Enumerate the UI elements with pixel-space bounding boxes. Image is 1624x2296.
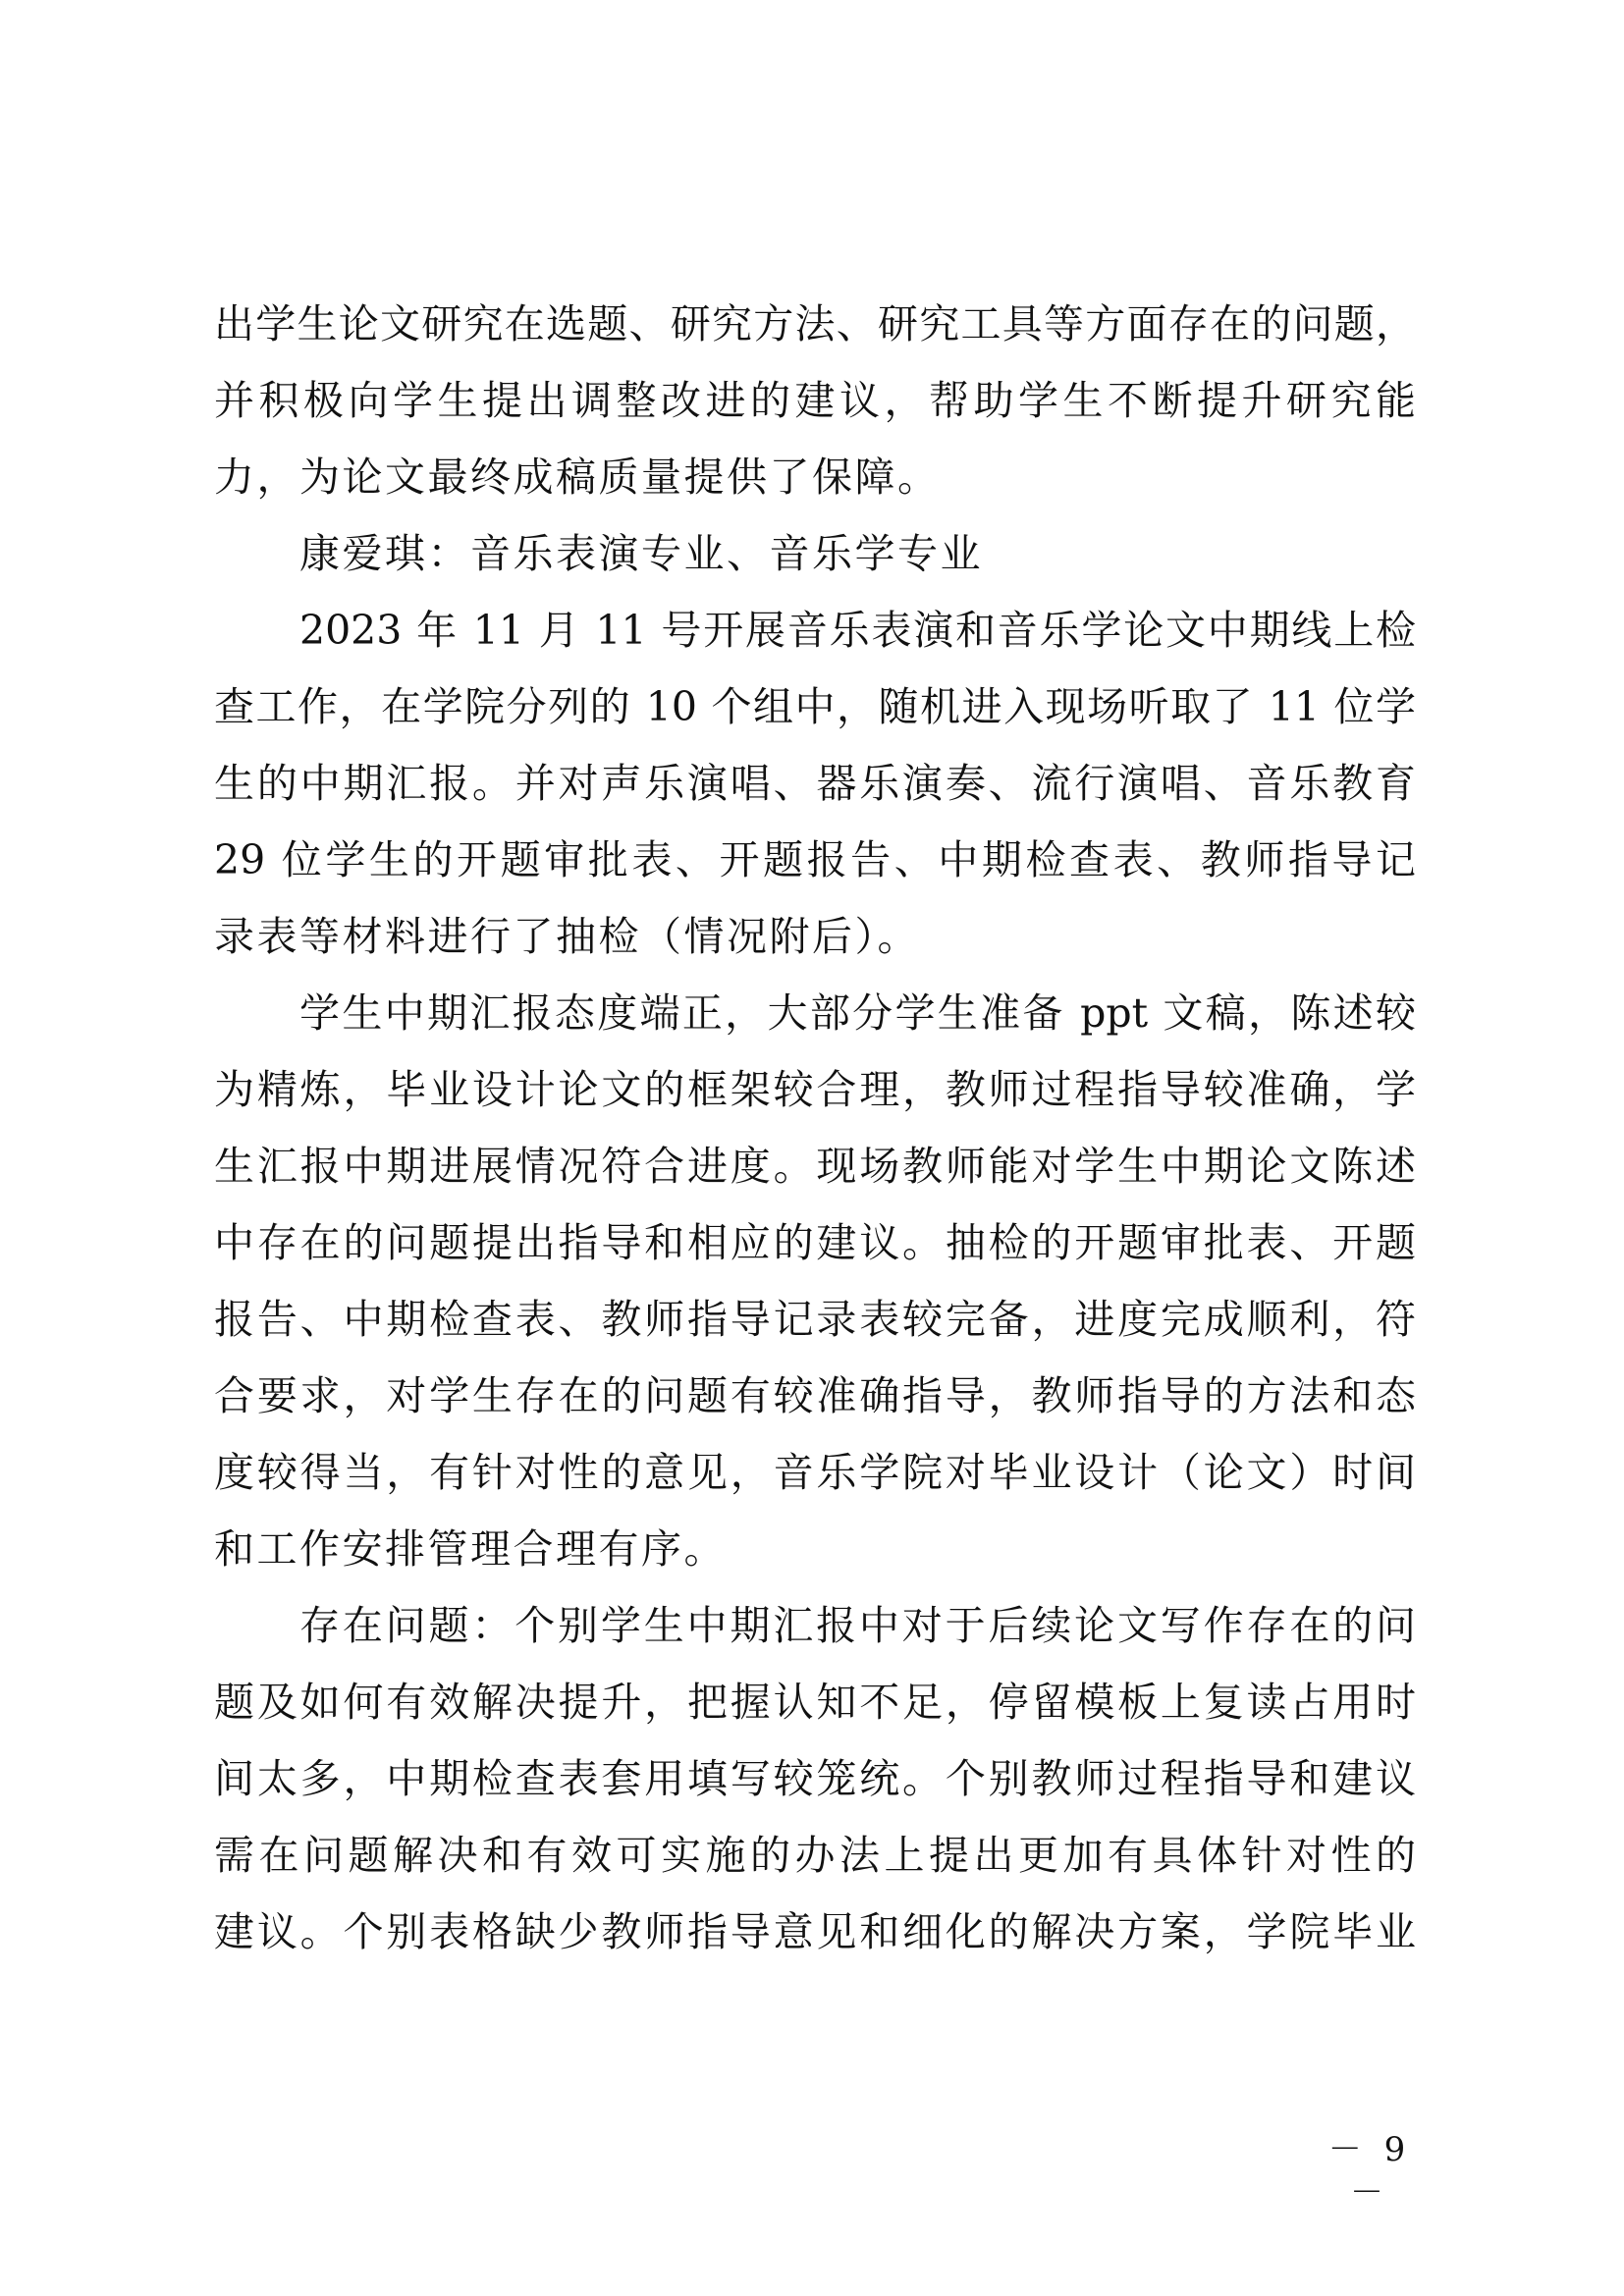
body-line: 29 位学生的开题审批表、开题报告、中期检查表、教师指导记 bbox=[214, 836, 1416, 883]
body-line: 查工作，在学院分列的 10 个组中，随机进入现场听取了 11 位学 bbox=[214, 683, 1416, 730]
section-heading: 康爱琪：音乐表演专业、音乐学专业 bbox=[299, 530, 1416, 577]
document-page: 出学生论文研究在选题、研究方法、研究工具等方面存在的问题， 并积极向学生提出调整… bbox=[0, 0, 1624, 2296]
body-line: 存在问题：个别学生中期汇报中对于后续论文写作存在的问 bbox=[299, 1602, 1416, 1649]
body-line: 学生中期汇报态度端正，大部分学生准备 ppt 文稿，陈述较 bbox=[299, 989, 1416, 1037]
page-number: － 9 － bbox=[1316, 2128, 1424, 2171]
body-line: 和工作安排管理合理有序。 bbox=[214, 1525, 1416, 1573]
body-line: 报告、中期检查表、教师指导记录表较完备，进度完成顺利，符 bbox=[214, 1296, 1416, 1343]
body-line: 题及如何有效解决提升，把握认知不足，停留模板上复读占用时 bbox=[214, 1679, 1416, 1726]
body-line: 中存在的问题提出指导和相应的建议。抽检的开题审批表、开题 bbox=[214, 1219, 1416, 1266]
body-line: 2023 年 11 月 11 号开展音乐表演和音乐学论文中期线上检 bbox=[299, 607, 1416, 654]
body-line: 并积极向学生提出调整改进的建议，帮助学生不断提升研究能 bbox=[214, 377, 1416, 424]
body-line: 录表等材料进行了抽检（情况附后）。 bbox=[214, 913, 1416, 960]
body-line: 生汇报中期进展情况符合进度。现场教师能对学生中期论文陈述 bbox=[214, 1143, 1416, 1190]
body-line: 间太多，中期检查表套用填写较笼统。个别教师过程指导和建议 bbox=[214, 1755, 1416, 1802]
body-line: 度较得当，有针对性的意见，音乐学院对毕业设计（论文）时间 bbox=[214, 1449, 1416, 1496]
body-line: 生的中期汇报。并对声乐演唱、器乐演奏、流行演唱、音乐教育 bbox=[214, 760, 1416, 807]
body-line: 建议。个别表格缺少教师指导意见和细化的解决方案，学院毕业 bbox=[214, 1908, 1416, 1955]
body-line: 需在问题解决和有效可实施的办法上提出更加有具体针对性的 bbox=[214, 1832, 1416, 1879]
body-line: 为精炼，毕业设计论文的框架较合理，教师过程指导较准确，学 bbox=[214, 1066, 1416, 1113]
body-line: 出学生论文研究在选题、研究方法、研究工具等方面存在的问题， bbox=[214, 300, 1416, 347]
body-line: 合要求，对学生存在的问题有较准确指导，教师指导的方法和态 bbox=[214, 1372, 1416, 1419]
body-line: 力，为论文最终成稿质量提供了保障。 bbox=[214, 454, 1416, 501]
